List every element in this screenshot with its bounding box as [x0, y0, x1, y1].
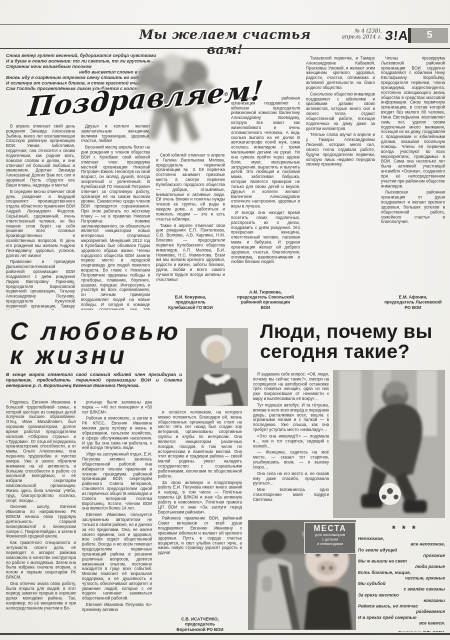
- signature-sokolskaya: А.М. Тюрикова,председатель Сокольскойрай…: [231, 289, 300, 310]
- grandma-ball-photo: [333, 370, 445, 518]
- poem-bottom-lines: Непохожие,все непохожие,По земле идущейп…: [358, 536, 445, 626]
- congrats-col-5: Тагаевской первичке, и Тамаре Александро…: [306, 56, 375, 310]
- page-number-badge: 5: [408, 28, 448, 43]
- love-lede: В конце марта отметила свой славный юбил…: [6, 372, 182, 398]
- people-headline: Люди, почему вы сегодня такие?: [260, 322, 448, 363]
- page-number: 5: [427, 30, 433, 41]
- top-rule: [0, 24, 450, 25]
- poem-bottom: Непохожие,все непохожие,По земле идущейп…: [358, 536, 445, 632]
- newspaper-page: Мы желаем счастья вам! № 4 (238),апрель …: [0, 0, 450, 640]
- love-col-3: и остаётся человеком, на которого можно …: [158, 410, 242, 632]
- bus-sign: МЕСТА для пассажировс детьмии инвалидами: [304, 522, 356, 554]
- portrait-photo: [186, 328, 248, 406]
- bottom-rule: [0, 633, 450, 635]
- signature-lyskovo: Е.М. Афонин,председатель ЛысковскойРО ВО…: [381, 295, 445, 310]
- congrats-col-3: Свой юбилей отмечает в апреле и Галина В…: [156, 153, 225, 310]
- bus-sign-lines: для пассажировс детьмии инвалидами: [305, 533, 355, 546]
- congrats-col-2: Друзья и коллеги желают замечательным же…: [81, 124, 150, 310]
- signature-kulebaki: Б.И. Конурина,председательКулебакской ГО…: [156, 295, 225, 310]
- poem-bottom-author: Екатерина ОЛЬХОВА: [358, 630, 445, 632]
- love-signature: С.В. ИСАТЧЕНКО,председательВоротынской Р…: [158, 617, 242, 632]
- issue-number: № 4 (238),апрель 2014 г.: [322, 28, 382, 46]
- congrats-col-4: Сокольская районная организация поздравл…: [231, 96, 300, 310]
- love-headline: С любовью к жизни: [10, 320, 181, 368]
- bus-pig-photo: МЕСТА для пассажировс детьмии инвалидами: [248, 520, 356, 630]
- poem-separator: * * *: [392, 524, 418, 534]
- newspaper-logo: З!А: [384, 28, 409, 43]
- congrats-col-1: В апреле отмечает свой день рождения Зин…: [6, 124, 75, 310]
- love-col-1: Родилась Евгения Ивановна в большой труд…: [6, 400, 76, 632]
- love-col-2: ротынце были заложены два парка — «40 ле…: [82, 400, 152, 632]
- people-text: Я задавала себе вопрос: «Ой, люди, почем…: [253, 372, 329, 518]
- bus-sign-title: МЕСТА: [305, 524, 355, 533]
- congrats-col-6: Члены президиума Лысковской районной орг…: [381, 56, 445, 310]
